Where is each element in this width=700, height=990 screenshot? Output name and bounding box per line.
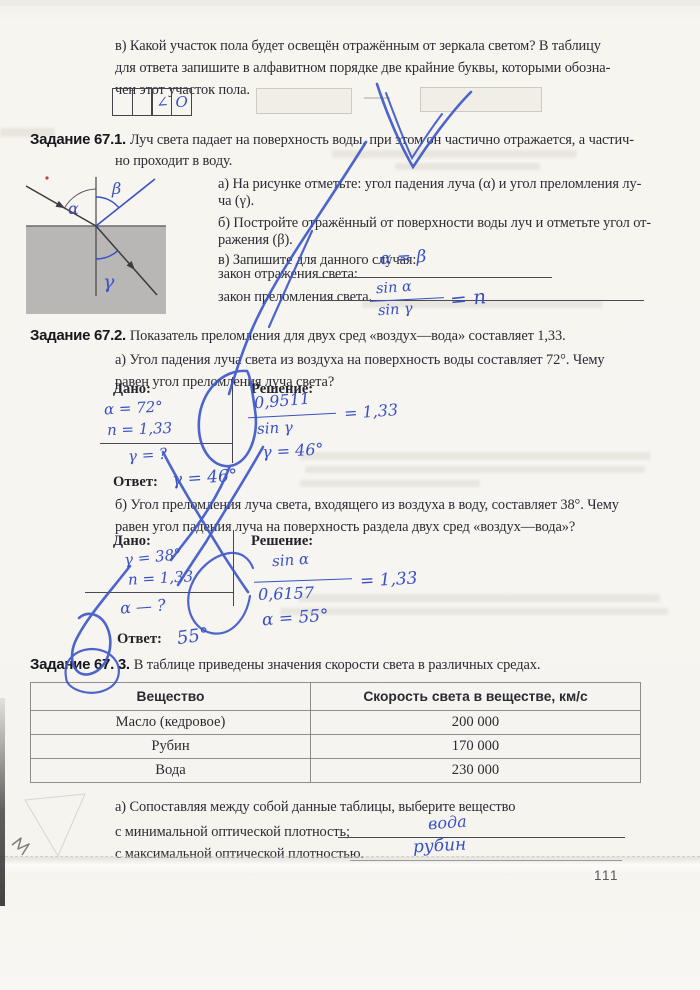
scribble-stroke xyxy=(269,231,312,327)
scribble-stroke xyxy=(377,84,471,167)
scribble-stroke xyxy=(66,649,119,693)
workbook-page: в) Какой участок пола будет освещён отра… xyxy=(0,0,700,990)
scribble-stroke xyxy=(72,566,130,675)
scribble-stroke xyxy=(188,553,253,634)
scribble-stroke xyxy=(386,93,442,158)
pen-scribble xyxy=(0,0,700,990)
scribble-stroke xyxy=(229,142,366,394)
scribble-stroke xyxy=(199,371,256,466)
scribble-stroke xyxy=(163,452,248,592)
